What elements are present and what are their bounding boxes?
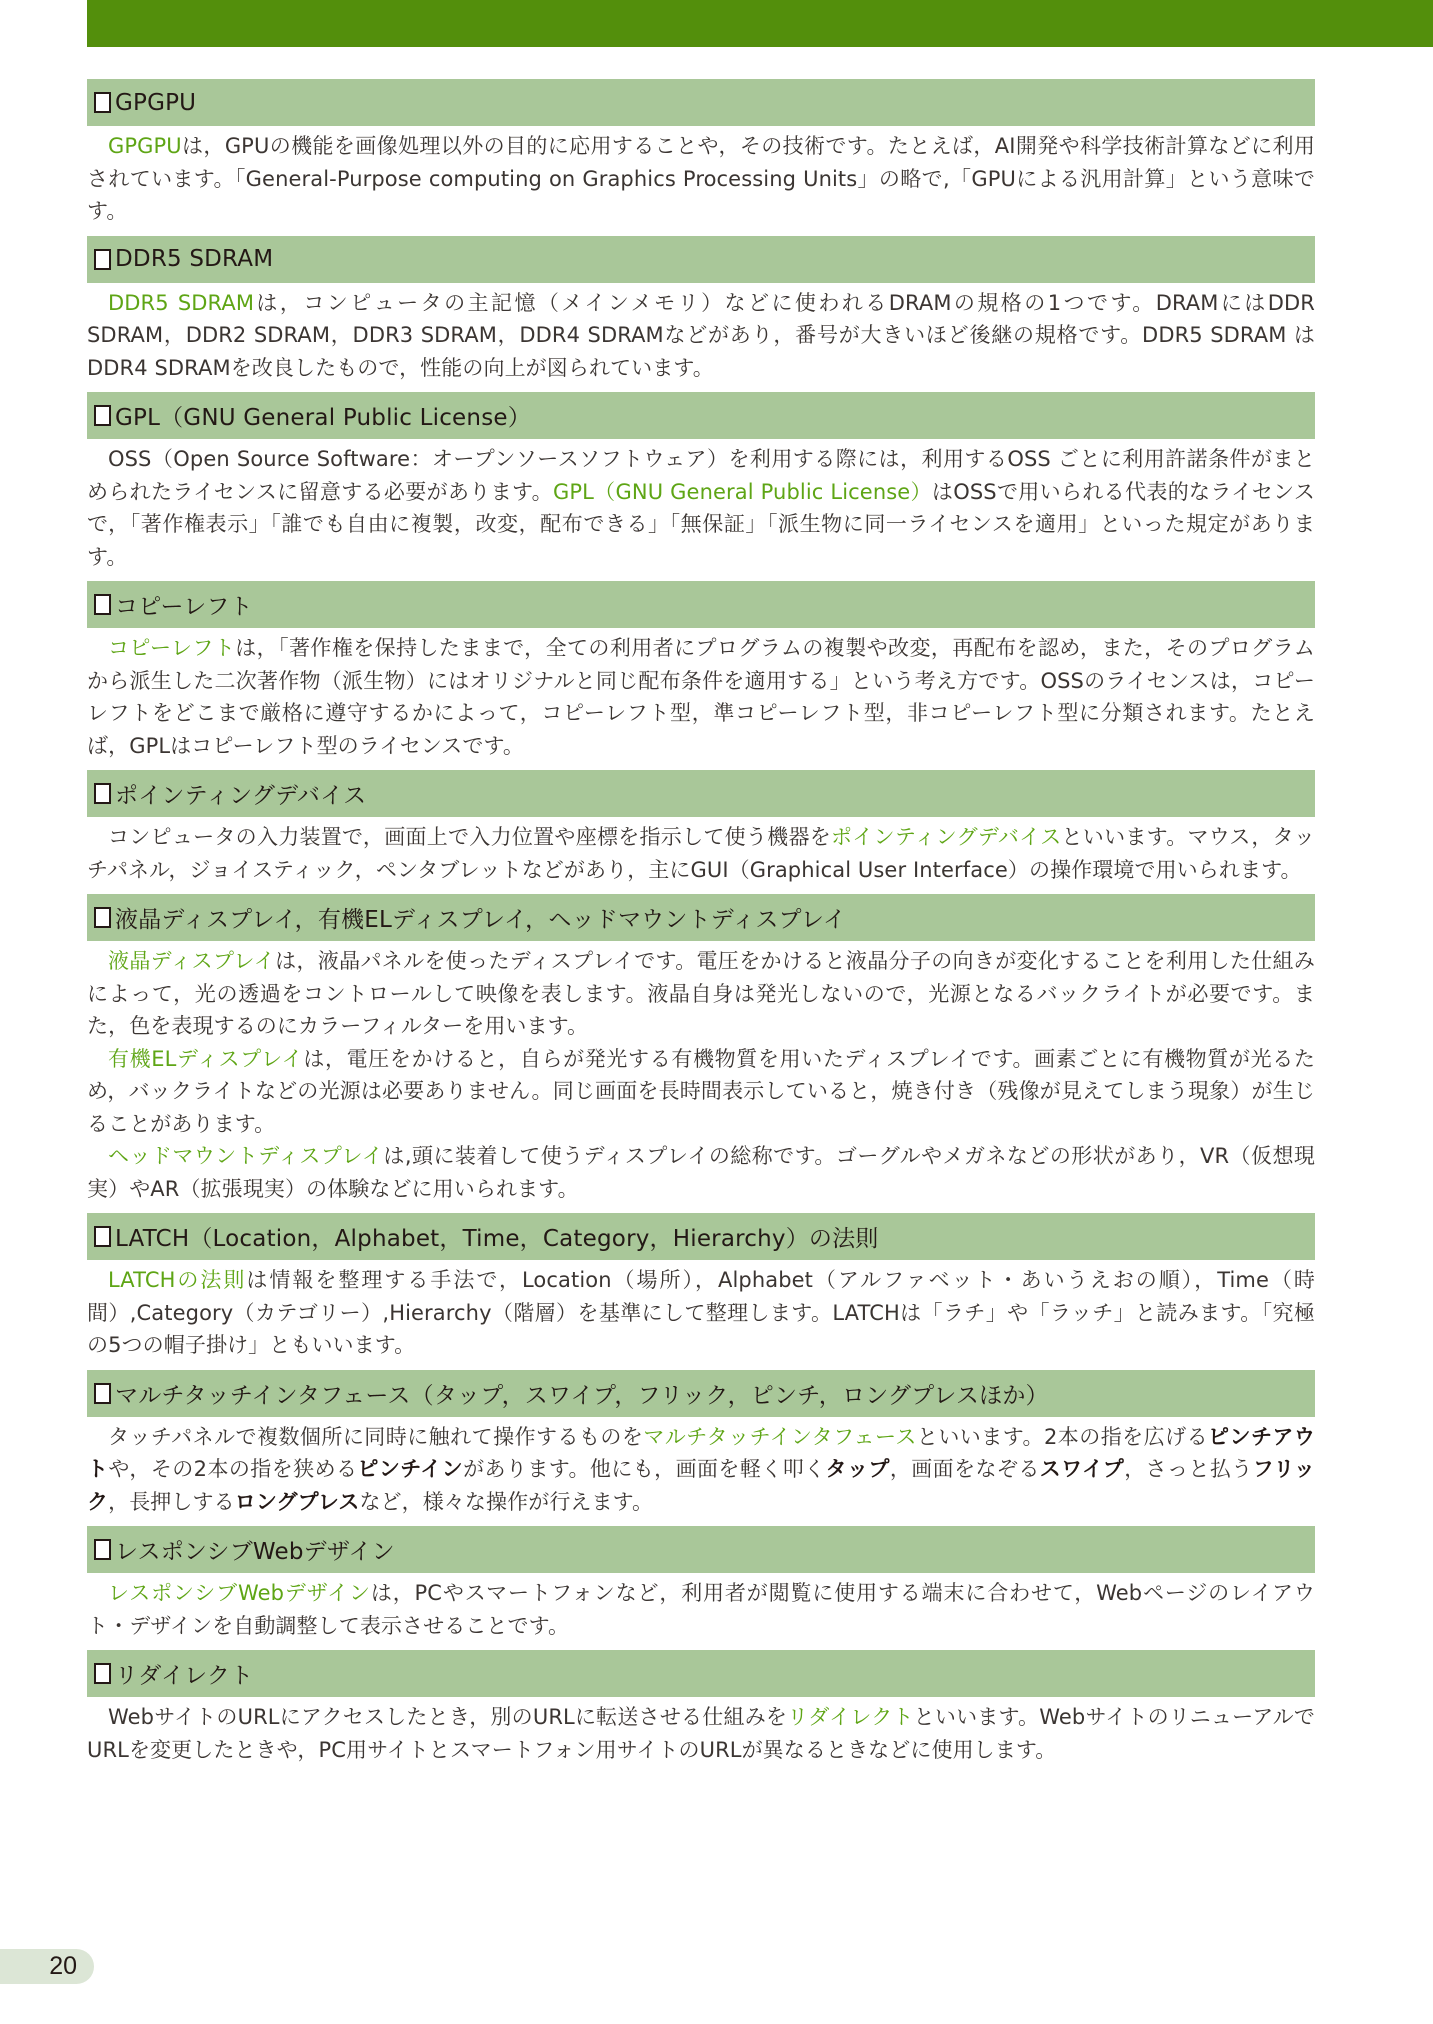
section-body: タッチパネルで複数個所に同時に触れて操作するものをマルチタッチインタフェースとい…	[87, 1417, 1315, 1527]
section-heading: DDR5 SDRAM	[87, 236, 1315, 283]
section-title: 液晶ディスプレイ，有機ELディスプレイ，ヘッドマウントディスプレイ	[115, 901, 846, 934]
paragraph: DDR5 SDRAMは，コンピュータの主記憶（メインメモリ）などに使われるDRA…	[87, 287, 1315, 385]
section-heading: GPL（GNU General Public License）	[87, 392, 1315, 439]
checkbox-square-icon	[94, 1226, 111, 1247]
checkbox-square-icon	[94, 1539, 111, 1560]
text-run: WebサイトのURLにアクセスしたとき，別のURLに転送させる仕組みを	[108, 1705, 787, 1729]
top-color-band	[87, 0, 1433, 47]
checkbox-square-icon	[94, 92, 111, 113]
highlighted-term: GPL（GNU General Public License）	[553, 480, 932, 504]
section-heading: リダイレクト	[87, 1650, 1315, 1697]
highlighted-term: ヘッドマウントディスプレイ	[108, 1144, 383, 1168]
checkbox-square-icon	[94, 249, 111, 270]
section-body: コピーレフトは，「著作権を保持したままで，全ての利用者にプログラムの複製や改変，…	[87, 628, 1315, 770]
section-body: 液晶ディスプレイは，液晶パネルを使ったディスプレイです。電圧をかけると液晶分子の…	[87, 941, 1315, 1213]
section-title: ポインティングデバイス	[115, 777, 366, 810]
section-heading: ポインティングデバイス	[87, 770, 1315, 817]
text-run: ，画面をなぞる	[890, 1457, 1040, 1481]
highlighted-term: DDR5 SDRAM	[108, 291, 254, 315]
text-run: コンピュータの入力装置で，画面上で入力位置や座標を指示して使う機器を	[108, 825, 831, 849]
section-title: コピーレフト	[115, 588, 253, 621]
glossary-section: 液晶ディスプレイ，有機ELディスプレイ，ヘッドマウントディスプレイ液晶ディスプレ…	[87, 894, 1315, 1213]
highlighted-term: コピーレフト	[108, 636, 235, 660]
highlighted-term: 有機ELディスプレイ	[108, 1047, 303, 1071]
section-heading: レスポンシブWebデザイン	[87, 1526, 1315, 1573]
section-body: WebサイトのURLにアクセスしたとき，別のURLに転送させる仕組みをリダイレク…	[87, 1697, 1315, 1774]
section-title: リダイレクト	[115, 1657, 253, 1690]
text-run: は，GPUの機能を画像処理以外の目的に応用することや，その技術です。たとえば，A…	[87, 134, 1315, 223]
glossary-section: LATCH（Location，Alphabet，Time，Category，Hi…	[87, 1213, 1315, 1370]
section-title: LATCH（Location，Alphabet，Time，Category，Hi…	[115, 1220, 879, 1253]
section-heading: マルチタッチインタフェース（タップ，スワイプ，フリック，ピンチ，ロングプレスほか…	[87, 1370, 1315, 1417]
section-title: GPL（GNU General Public License）	[115, 399, 531, 432]
text-run: ，さっと払う	[1124, 1457, 1253, 1481]
section-heading: 液晶ディスプレイ，有機ELディスプレイ，ヘッドマウントディスプレイ	[87, 894, 1315, 941]
highlighted-term: マルチタッチインタフェース	[643, 1425, 917, 1449]
paragraph: コピーレフトは，「著作権を保持したままで，全ての利用者にプログラムの複製や改変，…	[87, 632, 1315, 762]
paragraph: コンピュータの入力装置で，画面上で入力位置や座標を指示して使う機器をポインティン…	[87, 821, 1315, 886]
section-body: GPGPUは，GPUの機能を画像処理以外の目的に応用することや，その技術です。た…	[87, 126, 1315, 236]
glossary-section: ポインティングデバイスコンピュータの入力装置で，画面上で入力位置や座標を指示して…	[87, 770, 1315, 894]
section-body: レスポンシブWebデザインは，PCやスマートフォンなど，利用者が閲覧に使用する端…	[87, 1573, 1315, 1650]
section-body: OSS（Open Source Software：オープンソースソフトウェア）を…	[87, 439, 1315, 581]
page-number: 20	[49, 1952, 77, 1981]
highlighted-term: ポインティングデバイス	[831, 825, 1061, 849]
highlighted-term: 液晶ディスプレイ	[108, 949, 275, 973]
highlighted-term: レスポンシブWebデザイン	[108, 1581, 371, 1605]
text-run: タッチパネルで複数個所に同時に触れて操作するものを	[108, 1425, 643, 1449]
paragraph: LATCHの法則は情報を整理する手法で，Location（場所），Alphabe…	[87, 1264, 1315, 1362]
section-heading: コピーレフト	[87, 581, 1315, 628]
checkbox-square-icon	[94, 594, 111, 615]
section-heading: LATCH（Location，Alphabet，Time，Category，Hi…	[87, 1213, 1315, 1260]
checkbox-square-icon	[94, 783, 111, 804]
text-run: は，「著作権を保持したままで，全ての利用者にプログラムの複製や改変，再配布を認め…	[87, 636, 1315, 758]
text-run: があります。他にも，画面を軽く叩く	[463, 1457, 825, 1481]
paragraph: ヘッドマウントディスプレイは,頭に装着して使うディスプレイの総称です。ゴーグルや…	[87, 1140, 1315, 1205]
section-title: GPGPU	[115, 90, 196, 116]
glossary-section: マルチタッチインタフェース（タップ，スワイプ，フリック，ピンチ，ロングプレスほか…	[87, 1370, 1315, 1527]
section-heading: GPGPU	[87, 79, 1315, 126]
paragraph: レスポンシブWebデザインは，PCやスマートフォンなど，利用者が閲覧に使用する端…	[87, 1577, 1315, 1642]
paragraph: GPGPUは，GPUの機能を画像処理以外の目的に応用することや，その技術です。た…	[87, 130, 1315, 228]
paragraph: 液晶ディスプレイは，液晶パネルを使ったディスプレイです。電圧をかけると液晶分子の…	[87, 945, 1315, 1043]
highlighted-term: GPGPU	[108, 134, 182, 158]
highlighted-term: LATCHの法則	[108, 1268, 246, 1292]
paragraph: 有機ELディスプレイは，電圧をかけると，自らが発光する有機物質を用いたディスプレ…	[87, 1043, 1315, 1141]
checkbox-square-icon	[94, 907, 111, 928]
paragraph: OSS（Open Source Software：オープンソースソフトウェア）を…	[87, 443, 1315, 573]
glossary-section: リダイレクトWebサイトのURLにアクセスしたとき，別のURLに転送させる仕組み…	[87, 1650, 1315, 1774]
glossary-section: DDR5 SDRAMDDR5 SDRAMは，コンピュータの主記憶（メインメモリ）…	[87, 236, 1315, 393]
glossary-section: レスポンシブWebデザインレスポンシブWebデザインは，PCやスマートフォンなど…	[87, 1526, 1315, 1650]
paragraph: タッチパネルで複数個所に同時に触れて操作するものをマルチタッチインタフェースとい…	[87, 1421, 1315, 1519]
section-title: マルチタッチインタフェース（タップ，スワイプ，フリック，ピンチ，ロングプレスほか…	[115, 1377, 1049, 1410]
section-body: LATCHの法則は情報を整理する手法で，Location（場所），Alphabe…	[87, 1260, 1315, 1370]
section-title: DDR5 SDRAM	[115, 246, 273, 272]
bold-term: ロングプレス	[235, 1490, 360, 1514]
text-run: ，長押しする	[108, 1490, 235, 1514]
glossary-section: GPGPUGPGPUは，GPUの機能を画像処理以外の目的に応用することや，その技…	[87, 79, 1315, 236]
text-run: や，その2本の指を狭める	[108, 1457, 357, 1481]
section-title: レスポンシブWebデザイン	[115, 1533, 395, 1566]
checkbox-square-icon	[94, 405, 111, 426]
paragraph: WebサイトのURLにアクセスしたとき，別のURLに転送させる仕組みをリダイレク…	[87, 1701, 1315, 1766]
checkbox-square-icon	[94, 1383, 111, 1404]
text-run: は，コンピュータの主記憶（メインメモリ）などに使われるDRAMの規格の1つです。…	[87, 291, 1315, 380]
glossary-content: GPGPUGPGPUは，GPUの機能を画像処理以外の目的に応用することや，その技…	[87, 79, 1315, 1774]
bold-term: スワイプ	[1040, 1457, 1124, 1481]
text-run: など，様々な操作が行えます。	[359, 1490, 653, 1514]
bold-term: ピンチイン	[357, 1457, 463, 1481]
glossary-section: GPL（GNU General Public License）OSS（Open …	[87, 392, 1315, 581]
highlighted-term: リダイレクト	[787, 1705, 913, 1729]
section-body: コンピュータの入力装置で，画面上で入力位置や座標を指示して使う機器をポインティン…	[87, 817, 1315, 894]
glossary-section: コピーレフトコピーレフトは，「著作権を保持したままで，全ての利用者にプログラムの…	[87, 581, 1315, 770]
page-number-tab: 20	[0, 1949, 94, 1984]
bold-term: タップ	[826, 1457, 890, 1481]
text-run: といいます。2本の指を広げる	[917, 1425, 1208, 1449]
text-run: は情報を整理する手法で，Location（場所），Alphabet（アルファベッ…	[87, 1268, 1315, 1357]
section-body: DDR5 SDRAMは，コンピュータの主記憶（メインメモリ）などに使われるDRA…	[87, 283, 1315, 393]
checkbox-square-icon	[94, 1663, 111, 1684]
